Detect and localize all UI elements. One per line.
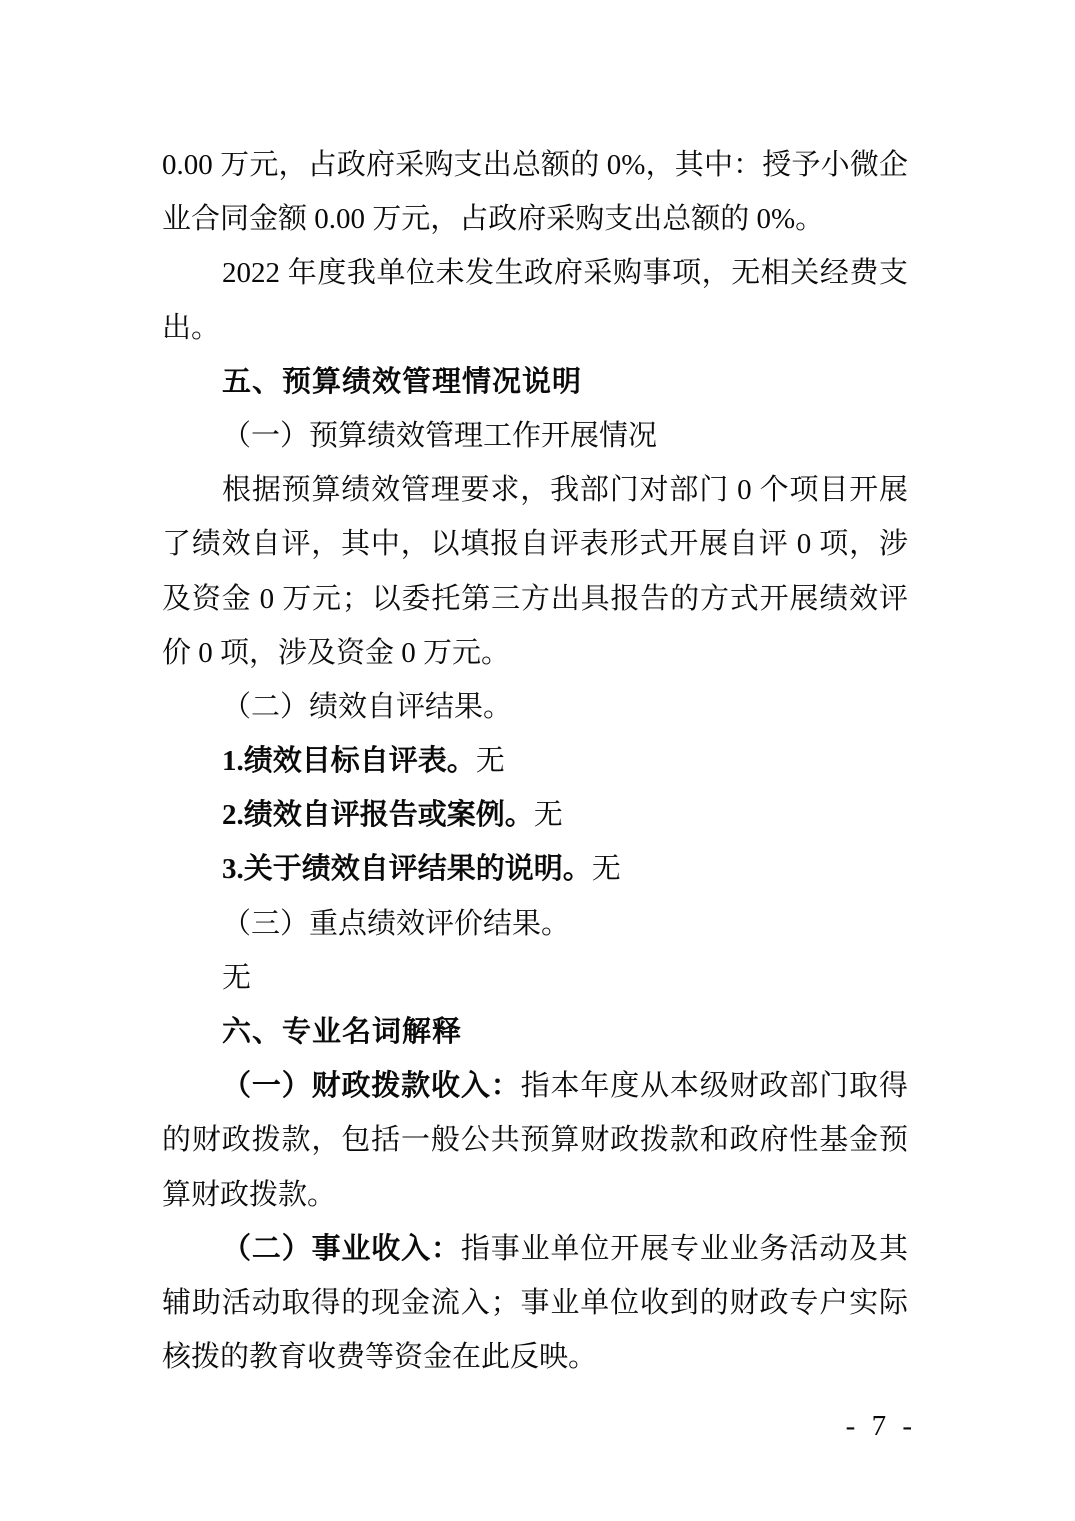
text-line: 出。	[162, 301, 908, 355]
text-run: 无	[222, 962, 251, 994]
bold-label: （二）事业收入：	[222, 1233, 461, 1265]
text-run: 指本年度从本级财政部门取得	[521, 1070, 908, 1102]
text-line: （二）事业收入：指事业单位开展专业业务活动及其	[162, 1222, 908, 1276]
text-line: 算财政拨款。	[162, 1168, 908, 1222]
text-run: 无	[592, 853, 621, 885]
text-run: （二）绩效自评结果。	[222, 691, 512, 723]
text-line: 五、预算绩效管理情况说明	[162, 355, 908, 409]
text-run: 辅助活动取得的现金流入；事业单位收到的财政专户实际	[162, 1287, 908, 1319]
bold-label: 2.绩效自评报告或案例。	[222, 799, 534, 831]
text-line: 根据预算绩效管理要求，我部门对部门 0 个项目开展	[162, 463, 908, 517]
text-run: 无	[534, 799, 563, 831]
document-page: 0.00 万元，占政府采购支出总额的 0%，其中：授予小微企业合同金额 0.00…	[0, 0, 1075, 1521]
text-line: 1.绩效目标自评表。无	[162, 734, 908, 788]
text-run: （一）预算绩效管理工作开展情况	[222, 420, 657, 452]
text-run: 算财政拨款。	[162, 1179, 336, 1211]
page-number: - 7 -	[846, 1410, 912, 1443]
text-line: 及资金 0 万元；以委托第三方出具报告的方式开展绩效评	[162, 572, 908, 626]
text-run: 核拨的教育收费等资金在此反映。	[162, 1341, 597, 1373]
text-line: 辅助活动取得的现金流入；事业单位收到的财政专户实际	[162, 1276, 908, 1330]
text-line: 六、专业名词解释	[162, 1005, 908, 1059]
text-line: （三）重点绩效评价结果。	[162, 897, 908, 951]
text-line: 2022 年度我单位未发生政府采购事项，无相关经费支	[162, 246, 908, 300]
text-run: 指事业单位开展专业业务活动及其	[461, 1233, 908, 1265]
text-run: 无	[476, 745, 505, 777]
text-line: 0.00 万元，占政府采购支出总额的 0%，其中：授予小微企	[162, 138, 908, 192]
text-run: 2022 年度我单位未发生政府采购事项，无相关经费支	[222, 257, 908, 289]
text-line: 3.关于绩效自评结果的说明。无	[162, 842, 908, 896]
text-run: 业合同金额 0.00 万元，占政府采购支出总额的 0%。	[162, 203, 824, 235]
text-line: （二）绩效自评结果。	[162, 680, 908, 734]
bold-label: 3.关于绩效自评结果的说明。	[222, 853, 592, 885]
text-line: 的财政拨款，包括一般公共预算财政拨款和政府性基金预	[162, 1113, 908, 1167]
text-line: 了绩效自评，其中，以填报自评表形式开展自评 0 项，涉	[162, 517, 908, 571]
text-run: 出。	[162, 312, 220, 344]
text-line: （一）预算绩效管理工作开展情况	[162, 409, 908, 463]
text-run: 了绩效自评，其中，以填报自评表形式开展自评 0 项，涉	[162, 528, 908, 560]
text-run: 及资金 0 万元；以委托第三方出具报告的方式开展绩效评	[162, 583, 908, 615]
text-run: 的财政拨款，包括一般公共预算财政拨款和政府性基金预	[162, 1124, 908, 1156]
section-heading: 六、专业名词解释	[222, 1016, 462, 1048]
bold-label: 1.绩效目标自评表。	[222, 745, 476, 777]
text-run: 根据预算绩效管理要求，我部门对部门 0 个项目开展	[222, 474, 908, 506]
bold-label: （一）财政拨款收入：	[222, 1070, 521, 1102]
text-line: 无	[162, 951, 908, 1005]
text-line: 价 0 项，涉及资金 0 万元。	[162, 626, 908, 680]
section-heading: 五、预算绩效管理情况说明	[222, 366, 582, 398]
text-run: 价 0 项，涉及资金 0 万元。	[162, 637, 510, 669]
text-line: 业合同金额 0.00 万元，占政府采购支出总额的 0%。	[162, 192, 908, 246]
text-line: 核拨的教育收费等资金在此反映。	[162, 1330, 908, 1384]
document-body: 0.00 万元，占政府采购支出总额的 0%，其中：授予小微企业合同金额 0.00…	[162, 138, 908, 1384]
text-line: （一）财政拨款收入：指本年度从本级财政部门取得	[162, 1059, 908, 1113]
text-run: （三）重点绩效评价结果。	[222, 908, 570, 940]
text-run: 0.00 万元，占政府采购支出总额的 0%，其中：授予小微企	[162, 149, 908, 181]
text-line: 2.绩效自评报告或案例。无	[162, 788, 908, 842]
